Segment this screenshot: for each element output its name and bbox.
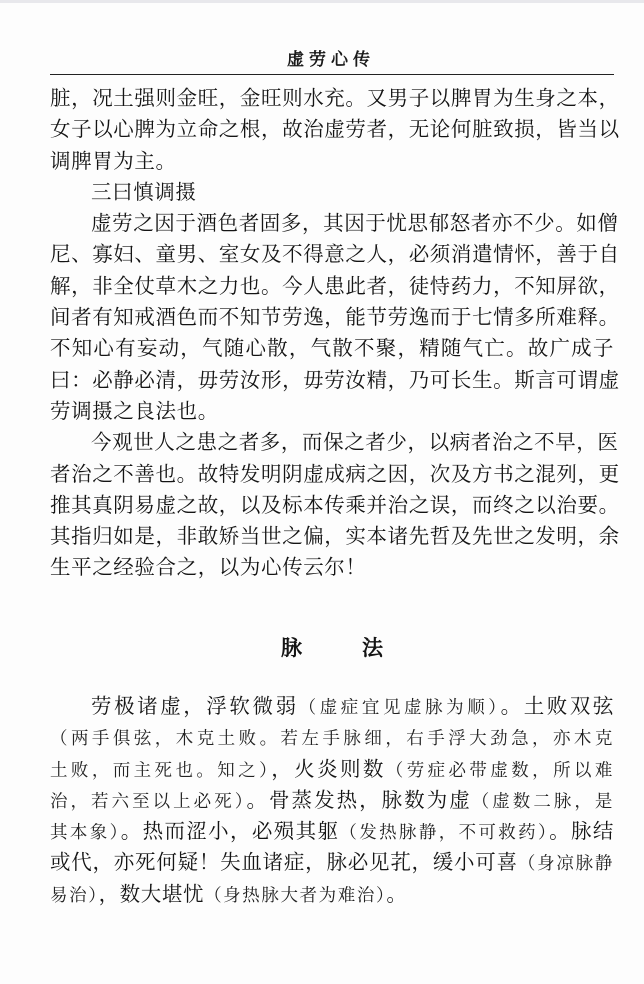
text-line: 其本象）。热而涩小，必殒其躯（发热脉静，不可救药）。脉结 xyxy=(50,816,614,847)
text-line: 推其真阴易虚之故，以及标本传乘并治之误，而终之以治要。 xyxy=(50,490,614,521)
text-line: 或代，亦死何疑！失血诸症，脉必见芤，缓小可喜（身凉脉静 xyxy=(50,847,614,878)
viewer-top-strip xyxy=(0,0,644,3)
main-text: ，数大堪忧 xyxy=(99,882,205,906)
text-line: 虚劳之因于酒色者固多，其因于忧思郁怒者亦不少。如僧 xyxy=(50,208,614,239)
body-section-2: 劳极诸虚，浮软微弱（虚症宜见虚脉为顺）。土败双弦（两手俱弦，木克土败。若左手脉细… xyxy=(50,691,614,910)
heading-char-1: 脉 xyxy=(281,632,302,664)
text-line: 生平之经验合之，以为心传云尔！ xyxy=(50,552,614,583)
text-line: （两手俱弦，木克土败。若左手脉细，右手浮大劲急，亦木克 xyxy=(50,722,614,753)
running-header: 虚劳心传 xyxy=(50,48,612,72)
text-line: 其指归如是，非敢矫当世之偏，实本诸先哲及先世之发明，余 xyxy=(50,521,614,552)
text-line: 劳极诸虚，浮软微弱（虚症宜见虚脉为顺）。土败双弦 xyxy=(50,691,614,722)
annotation-note: （虚数二脉，是 xyxy=(472,792,614,812)
text-line: 治，若六至以上必死）。骨蒸发热，脉数为虚（虚数二脉，是 xyxy=(50,785,614,816)
annotation-note: （身凉脉静 xyxy=(518,854,614,874)
annotation-note: 土败，而主死也。知之） xyxy=(50,761,271,781)
text-line: 者治之不善也。故特发明阴虚成病之因，次及方书之混列，更 xyxy=(50,459,614,490)
main-text: ，火炎则数 xyxy=(271,757,386,781)
text-line: 土败，而主死也。知之），火炎则数（劳症必带虚数，所以难 xyxy=(50,754,614,785)
text-line: 三曰慎调摄 xyxy=(50,177,614,208)
annotation-note: 治，若六至以上必死） xyxy=(50,792,247,812)
annotation-note: 其本象） xyxy=(50,823,121,843)
text-line: 不知心有妄动，气随心散，气散不聚，精随气亡。故广成子 xyxy=(50,333,614,364)
body-section-1: 脏，况土强则金旺，金旺则水充。又男子以脾胃为生身之本，女子以心脾为立命之根，故治… xyxy=(50,83,614,584)
annotation-note: 易治） xyxy=(50,886,99,906)
main-text: 。脉结 xyxy=(549,819,614,843)
header-rule xyxy=(50,74,614,75)
text-line: 曰：必静必清，毋劳汝形，毋劳汝精，乃可长生。斯言可谓虚 xyxy=(50,365,614,396)
main-text: 或代，亦死何疑！失血诸症，脉必见芤，缓小可喜 xyxy=(50,850,518,874)
text-line: 易治），数大堪忧（身热脉大者为难治）。 xyxy=(50,879,614,910)
text-line: 女子以心脾为立命之根，故治虚劳者，无论何脏致损，皆当以 xyxy=(50,114,614,145)
annotation-note: （劳症必带虚数，所以难 xyxy=(386,761,614,781)
text-line: 解，非全仗草木之力也。今人患此者，徒恃药力，不知屏欲， xyxy=(50,271,614,302)
annotation-note: （发热脉静，不可救药） xyxy=(339,823,549,843)
text-line: 脏，况土强则金旺，金旺则水充。又男子以脾胃为生身之本， xyxy=(50,83,614,114)
annotation-note: （两手俱弦，木克土败。若左手脉细，右手浮大劲急，亦木克 xyxy=(50,729,614,749)
heading-char-2: 法 xyxy=(362,632,383,664)
text-line: 调脾胃为主。 xyxy=(50,146,614,177)
main-text: 劳极诸虚，浮软微弱 xyxy=(91,694,299,718)
main-text: 。骨蒸发热，脉数为虚 xyxy=(247,788,472,812)
annotation-note: （虚症宜见虚脉为顺） xyxy=(299,698,501,718)
annotation-note: （身热脉大者为难治） xyxy=(204,886,386,906)
text-line: 间者有知戒酒色而不知节劳逸，能节劳逸而于七情多所难释。 xyxy=(50,302,614,333)
main-text: 。热而涩小，必殒其躯 xyxy=(121,819,340,843)
text-line: 劳调摄之良法也。 xyxy=(50,396,614,427)
text-line: 今观世人之患之者多，而保之者少，以病者治之不早，医 xyxy=(50,427,614,458)
main-text: 。土败双弦 xyxy=(501,694,614,718)
section-heading-mai-fa: 脉法 xyxy=(50,632,614,664)
text-line: 尼、寡妇、童男、室女及不得意之人，必须消遣情怀，善于自 xyxy=(50,239,614,270)
main-text: 。 xyxy=(386,882,407,906)
